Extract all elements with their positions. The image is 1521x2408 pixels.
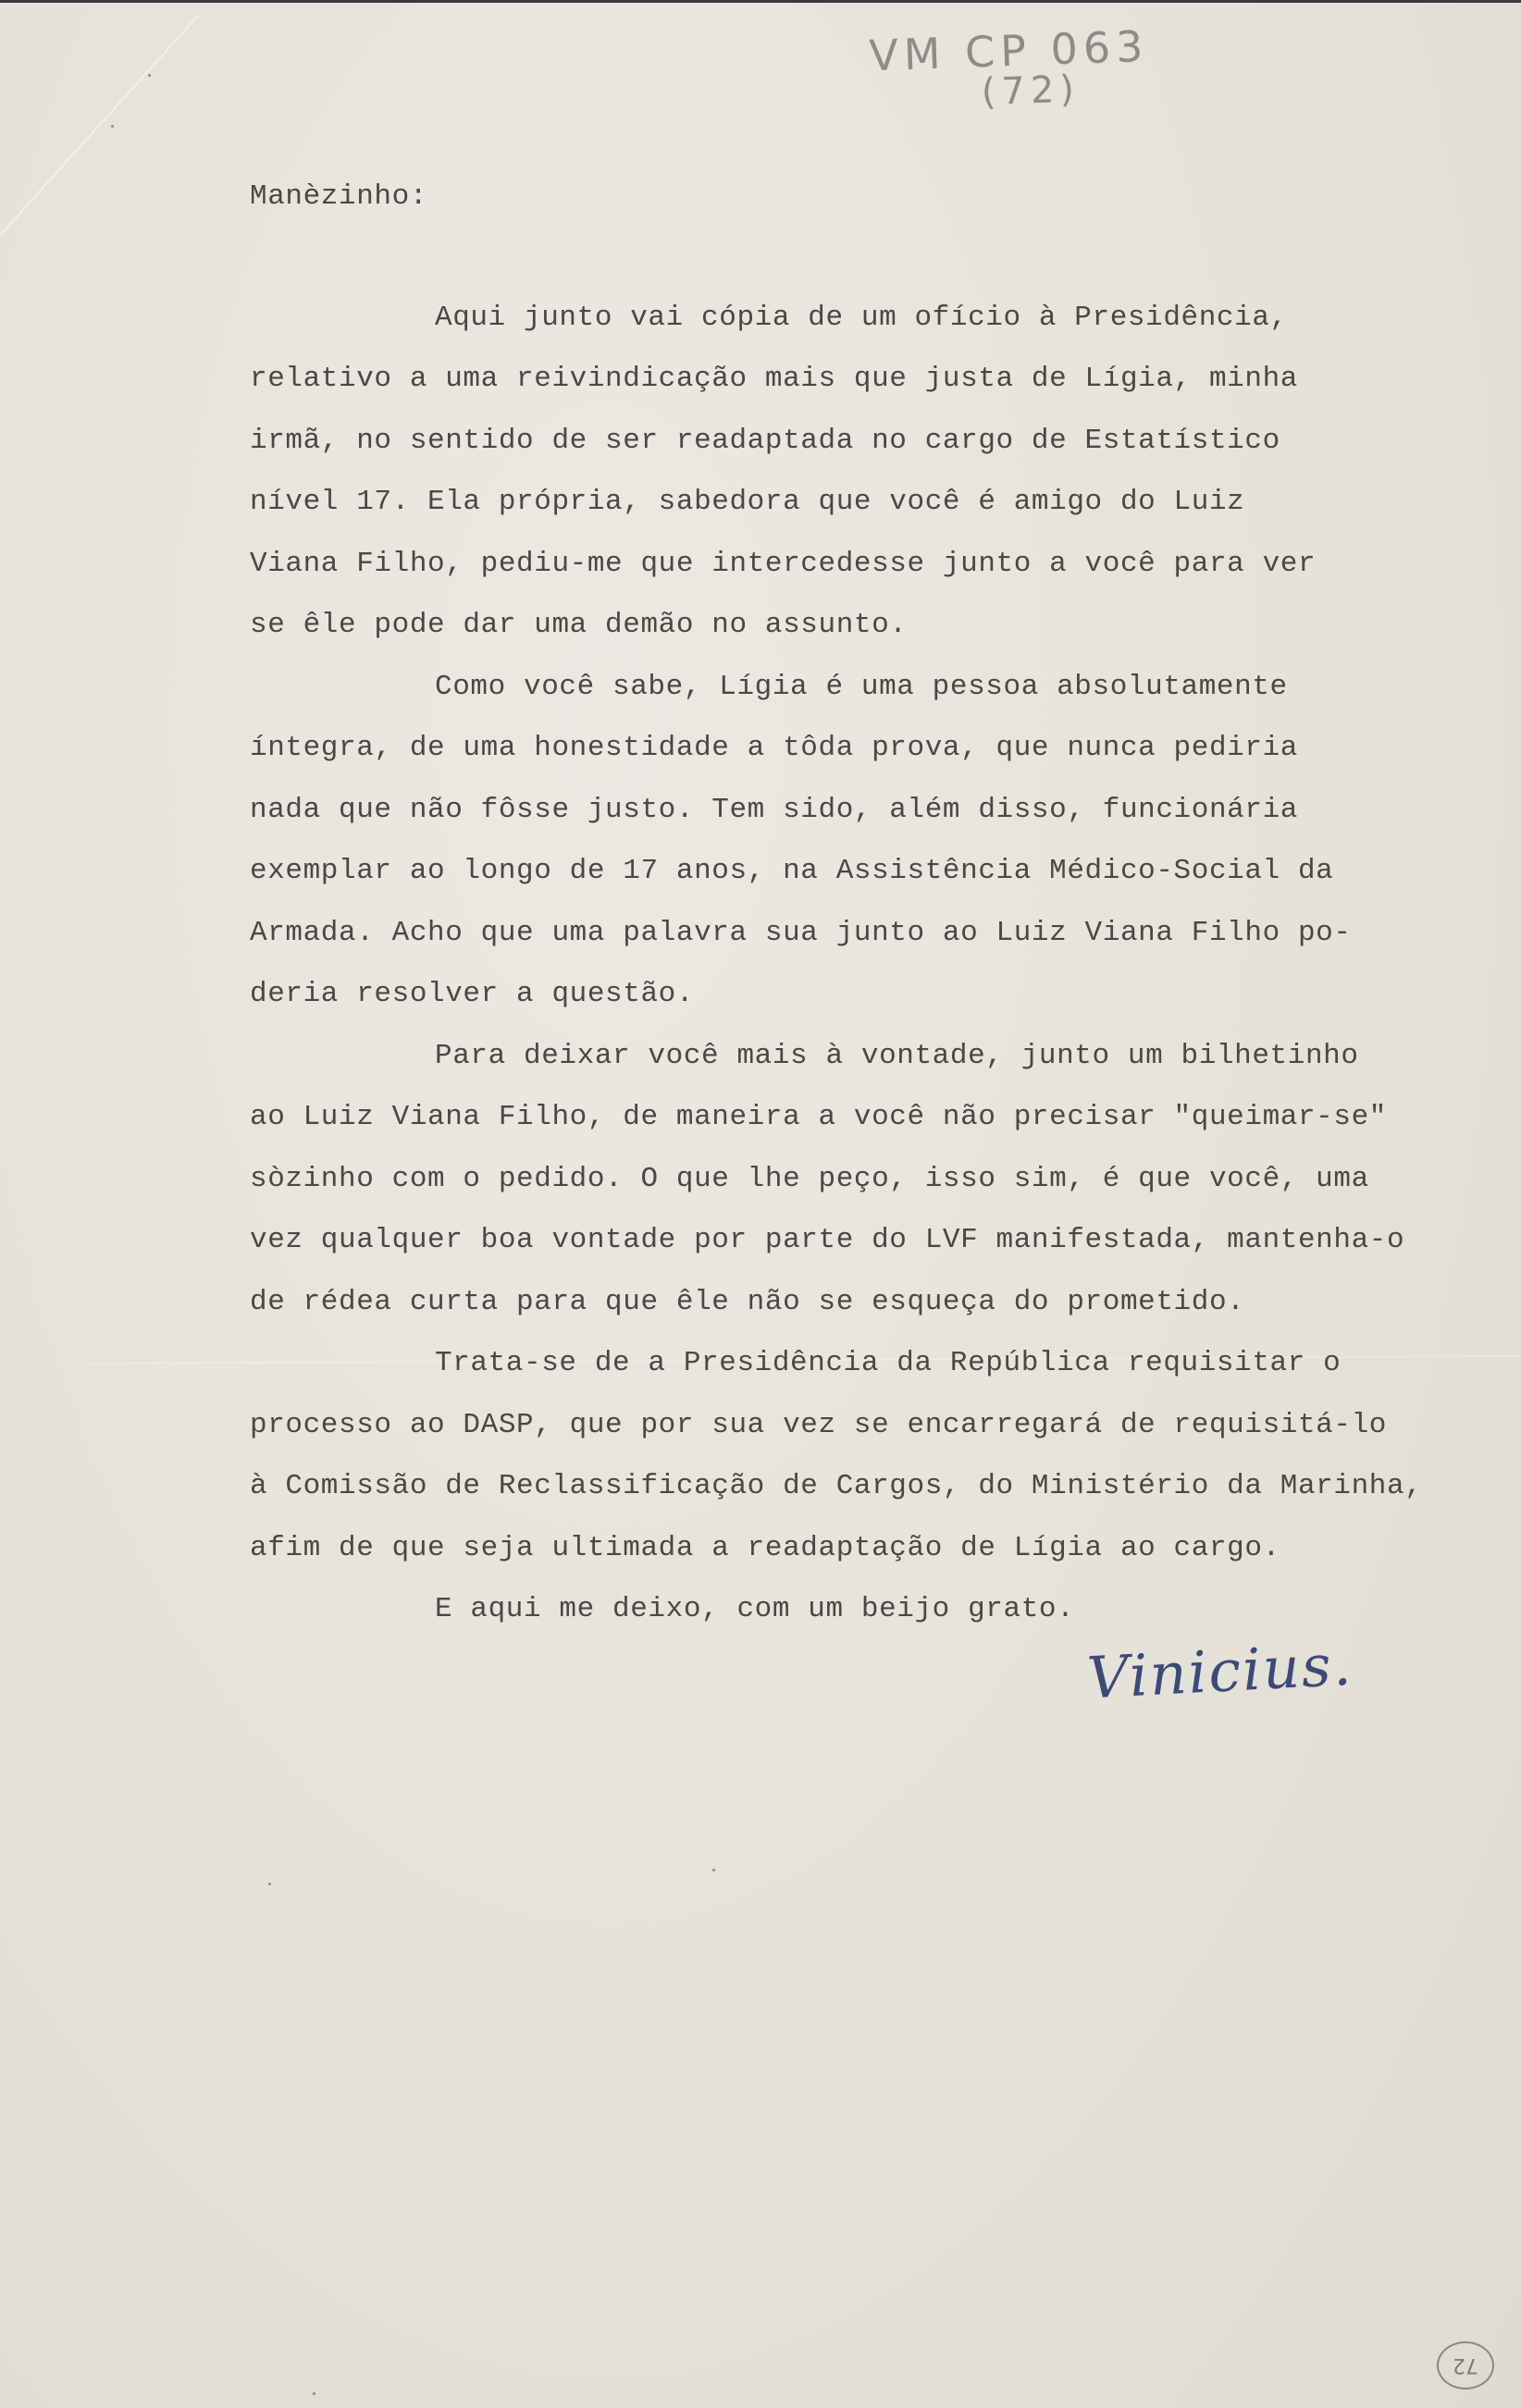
text-line: íntegra, de uma honestidade a tôda prova… (250, 718, 1490, 780)
text-line: Como você sabe, Lígia é uma pessoa absol… (250, 657, 1490, 719)
letter-body: Manèzinho: Aqui junto vai cópia de um of… (250, 167, 1490, 1641)
paragraph-2: Como você sabe, Lígia é uma pessoa absol… (250, 657, 1490, 1026)
text-line: afim de que seja ultimada a readaptação … (250, 1518, 1490, 1580)
text-line: Para deixar você mais à vontade, junto u… (250, 1026, 1490, 1088)
paragraph-4: Trata-se de a Presidência da República r… (250, 1333, 1490, 1579)
paper-speck (712, 1869, 715, 1871)
text-line: vez qualquer boa vontade por parte do LV… (250, 1210, 1490, 1272)
text-line: irmã, no sentido de ser readaptada no ca… (250, 411, 1490, 473)
archive-ref-number: (72) (981, 66, 1151, 114)
text-line: sòzinho com o pedido. O que lhe peço, is… (250, 1149, 1490, 1211)
text-line: processo ao DASP, que por sua vez se enc… (250, 1395, 1490, 1457)
text-line: Trata-se de a Presidência da República r… (250, 1333, 1490, 1395)
salutation: Manèzinho: (250, 167, 1490, 228)
text-line: relativo a uma reivindicação mais que ju… (250, 349, 1490, 411)
text-line: Armada. Acho que uma palavra sua junto a… (250, 903, 1490, 965)
archive-reference-pencil-note: VM CP 063 (72) (868, 21, 1150, 117)
text-line: exemplar ao longo de 17 anos, na Assistê… (250, 841, 1490, 903)
page-number: 72 (1453, 2354, 1478, 2377)
paper-speck (268, 1883, 271, 1885)
paper-crease (0, 14, 200, 235)
text-line: Aqui junto vai cópia de um ofício à Pres… (250, 288, 1490, 350)
text-line: deria resolver a questão. (250, 964, 1490, 1026)
paragraph-3: Para deixar você mais à vontade, junto u… (250, 1026, 1490, 1334)
closing-paragraph: E aqui me deixo, com um beijo grato. (250, 1579, 1490, 1641)
closing-line: E aqui me deixo, com um beijo grato. (250, 1579, 1490, 1641)
paragraph-1: Aqui junto vai cópia de um ofício à Pres… (250, 288, 1490, 657)
handwritten-signature: Vinicius. (1085, 1631, 1354, 1712)
text-line: nível 17. Ela própria, sabedora que você… (250, 472, 1490, 534)
text-line: ao Luiz Viana Filho, de maneira a você n… (250, 1087, 1490, 1149)
paper-speck (313, 2392, 315, 2395)
text-line: de rédea curta para que êle não se esque… (250, 1272, 1490, 1334)
page-number-stamp: 72 (1437, 2341, 1494, 2389)
text-line: nada que não fôsse justo. Tem sido, além… (250, 780, 1490, 842)
text-line: se êle pode dar uma demão no assunto. (250, 595, 1490, 657)
text-line: Viana Filho, pediu-me que intercedesse j… (250, 534, 1490, 596)
text-line: à Comissão de Reclassificação de Cargos,… (250, 1456, 1490, 1518)
paper-speck (111, 125, 114, 128)
paper-speck (148, 74, 151, 77)
